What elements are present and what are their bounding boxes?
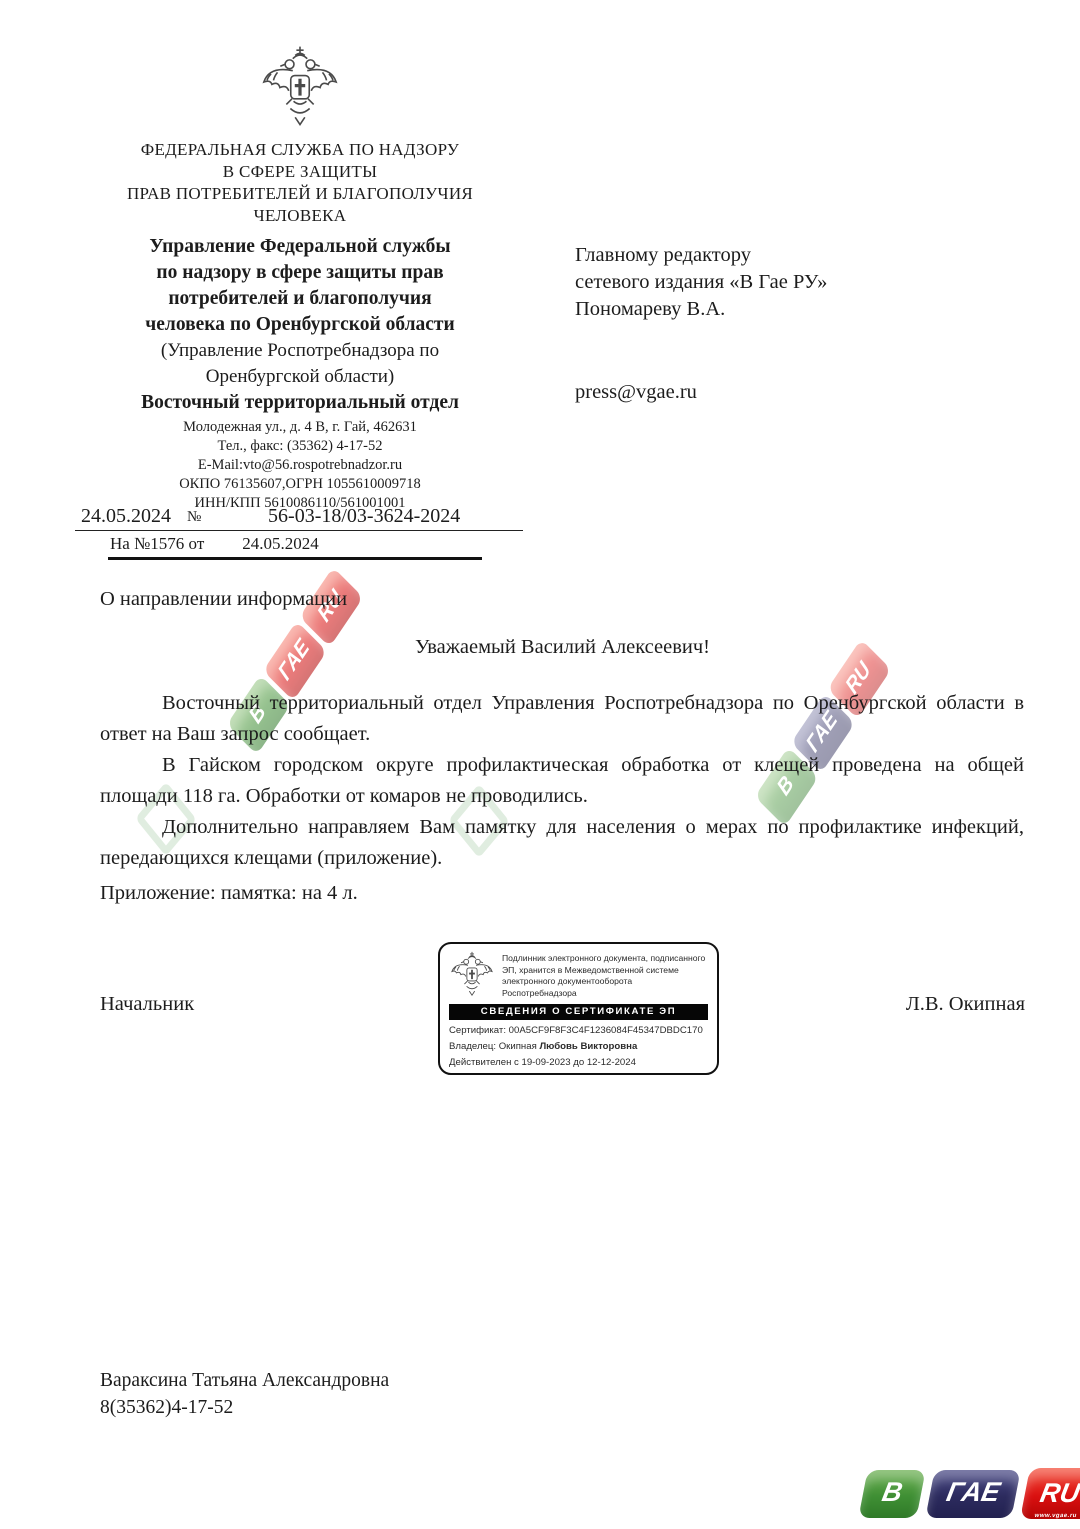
logo-badge-v: В — [858, 1470, 925, 1518]
paragraph: Дополнительно направляем Вам памятку для… — [100, 812, 1024, 874]
department-name: Управление Федеральной службыпо надзору … — [60, 234, 540, 338]
letter-number: 56-03-18/03-3624-2024 — [205, 505, 523, 531]
e-signature-stamp: Подлинник электронного документа, подпис… — [438, 942, 719, 1075]
coat-of-arms-icon — [449, 951, 495, 1001]
division-name: Восточный территориальный отдел — [60, 390, 540, 416]
site-logo: В ГАЕ RU www.vgae.ru — [863, 1468, 1080, 1519]
coat-of-arms-icon — [259, 45, 341, 135]
signer-name: Л.В. Окипная — [906, 993, 1025, 1016]
stamp-certificate-bar: СВЕДЕНИЯ О СЕРТИФИКАТЕ ЭП — [449, 1004, 708, 1020]
stamp-owner-line: Владелец: Окипная Любовь Викторовна — [449, 1041, 708, 1052]
number-sign: № — [177, 509, 205, 531]
executor-phone: 8(35362)4-17-52 — [100, 1394, 389, 1421]
paragraph: Восточный территориальный отдел Управлен… — [100, 688, 1024, 750]
letter-date: 24.05.2024 — [75, 505, 177, 531]
signer-position: Начальник — [100, 993, 194, 1016]
greeting: Уважаемый Василий Алексеевич! — [100, 636, 1025, 659]
attachment-line: Приложение: памятка: на 4 л. — [100, 882, 358, 905]
contact-block: Молодежная ул., д. 4 В, г. Гай, 462631Те… — [60, 418, 540, 513]
outgoing-number-row: 24.05.2024 № 56-03-18/03-3624-2024 — [75, 505, 523, 531]
agency-name: ФЕДЕРАЛЬНАЯ СЛУЖБА ПО НАДЗОРУВ СФЕРЕ ЗАЩ… — [60, 139, 540, 227]
recipient-email: press@vgae.ru — [575, 379, 827, 406]
recipient-block: Главному редакторусетевого издания «В Га… — [575, 242, 827, 406]
reply-to-row: На №1576 от 24.05.2024 — [108, 531, 482, 560]
executor-block: Вараксина Татьяна Александровна 8(35362)… — [100, 1367, 389, 1421]
reply-to-date: 24.05.2024 — [242, 534, 319, 554]
stamp-validity-line: Действителен с 19-09-2023 до 12-12-2024 — [449, 1057, 708, 1068]
logo-badge-ru: RU www.vgae.ru — [1020, 1468, 1080, 1519]
logo-badge-gae: ГАЕ — [925, 1470, 1020, 1518]
recipient-lines: Главному редакторусетевого издания «В Га… — [575, 242, 827, 323]
subject-line: О направлении информации — [100, 588, 347, 611]
executor-name: Вараксина Татьяна Александровна — [100, 1367, 389, 1394]
paragraph: В Гайском городском округе профилактичес… — [100, 750, 1024, 812]
reply-to-label: На №1576 от — [110, 534, 204, 554]
department-short-name: (Управление Роспотребнадзора поОренбургс… — [60, 338, 540, 390]
letterhead: ФЕДЕРАЛЬНАЯ СЛУЖБА ПО НАДЗОРУВ СФЕРЕ ЗАЩ… — [60, 45, 540, 513]
letter-body: Восточный территориальный отдел Управлен… — [100, 688, 1024, 874]
reference-block: 24.05.2024 № 56-03-18/03-3624-2024 На №1… — [75, 505, 523, 560]
stamp-certificate-line: Сертификат: 00A5CF9F8F3C4F1236084F45347D… — [449, 1025, 708, 1036]
stamp-header-text: Подлинник электронного документа, подпис… — [495, 951, 708, 999]
